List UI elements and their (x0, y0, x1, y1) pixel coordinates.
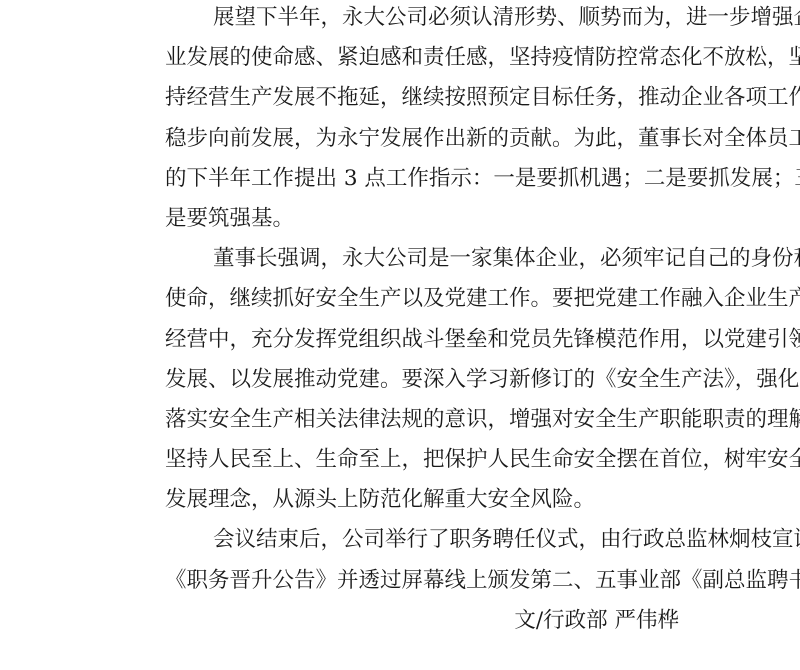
text-line: 是要筑强基。 (122, 199, 680, 239)
text-line: 《职务晋升公告》并透过屏幕线上颁发第二、五事业部《副总监聘书》。 (122, 561, 680, 601)
paragraph-chairman-emphasis: 董事长强调，永大公司是一家集体企业，必须牢记自己的身份和 使命，继续抓好安全生产… (122, 239, 680, 520)
text-line: 会议结束后，公司举行了职务聘任仪式，由行政总监林炯枝宣读 (122, 520, 680, 560)
document-page: 展望下半年，永大公司必须认清形势、顺势而为，进一步增强企 业发展的使命感、紧迫感… (122, 0, 680, 641)
text-line: 发展、以发展推动党建。要深入学习新修订的《安全生产法》，强化 (122, 360, 680, 400)
text-line: 落实安全生产相关法律法规的意识，增强对安全生产职能职责的理解， (122, 400, 680, 440)
text-line: 展望下半年，永大公司必须认清形势、顺势而为，进一步增强企 (122, 0, 680, 38)
text-line: 坚持人民至上、生命至上，把保护人民生命安全摆在首位，树牢安全 (122, 440, 680, 480)
paragraph-outlook: 展望下半年，永大公司必须认清形势、顺势而为，进一步增强企 业发展的使命感、紧迫感… (122, 0, 680, 239)
text-line: 稳步向前发展，为永宁发展作出新的贡献。为此，董事长对全体员工 (122, 119, 680, 159)
text-line: 董事长强调，永大公司是一家集体企业，必须牢记自己的身份和 (122, 239, 680, 279)
author-signature: 文/行政部 严伟桦 (122, 601, 679, 641)
text-line: 的下半年工作提出 3 点工作指示：一是要抓机遇；二是要抓发展；三 (122, 159, 680, 199)
text-line: 使命，继续抓好安全生产以及党建工作。要把党建工作融入企业生产 (122, 279, 680, 319)
text-line: 经营中，充分发挥党组织战斗堡垒和党员先锋模范作用，以党建引领 (122, 320, 680, 360)
text-line: 发展理念，从源头上防范化解重大安全风险。 (122, 480, 680, 520)
text-line: 业发展的使命感、紧迫感和责任感，坚持疫情防控常态化不放松，坚 (122, 38, 680, 78)
text-line: 持经营生产发展不拖延，继续按照预定目标任务，推动企业各项工作 (122, 78, 680, 118)
paragraph-appointment-ceremony: 会议结束后，公司举行了职务聘任仪式，由行政总监林炯枝宣读 《职务晋升公告》并透过… (122, 520, 680, 600)
